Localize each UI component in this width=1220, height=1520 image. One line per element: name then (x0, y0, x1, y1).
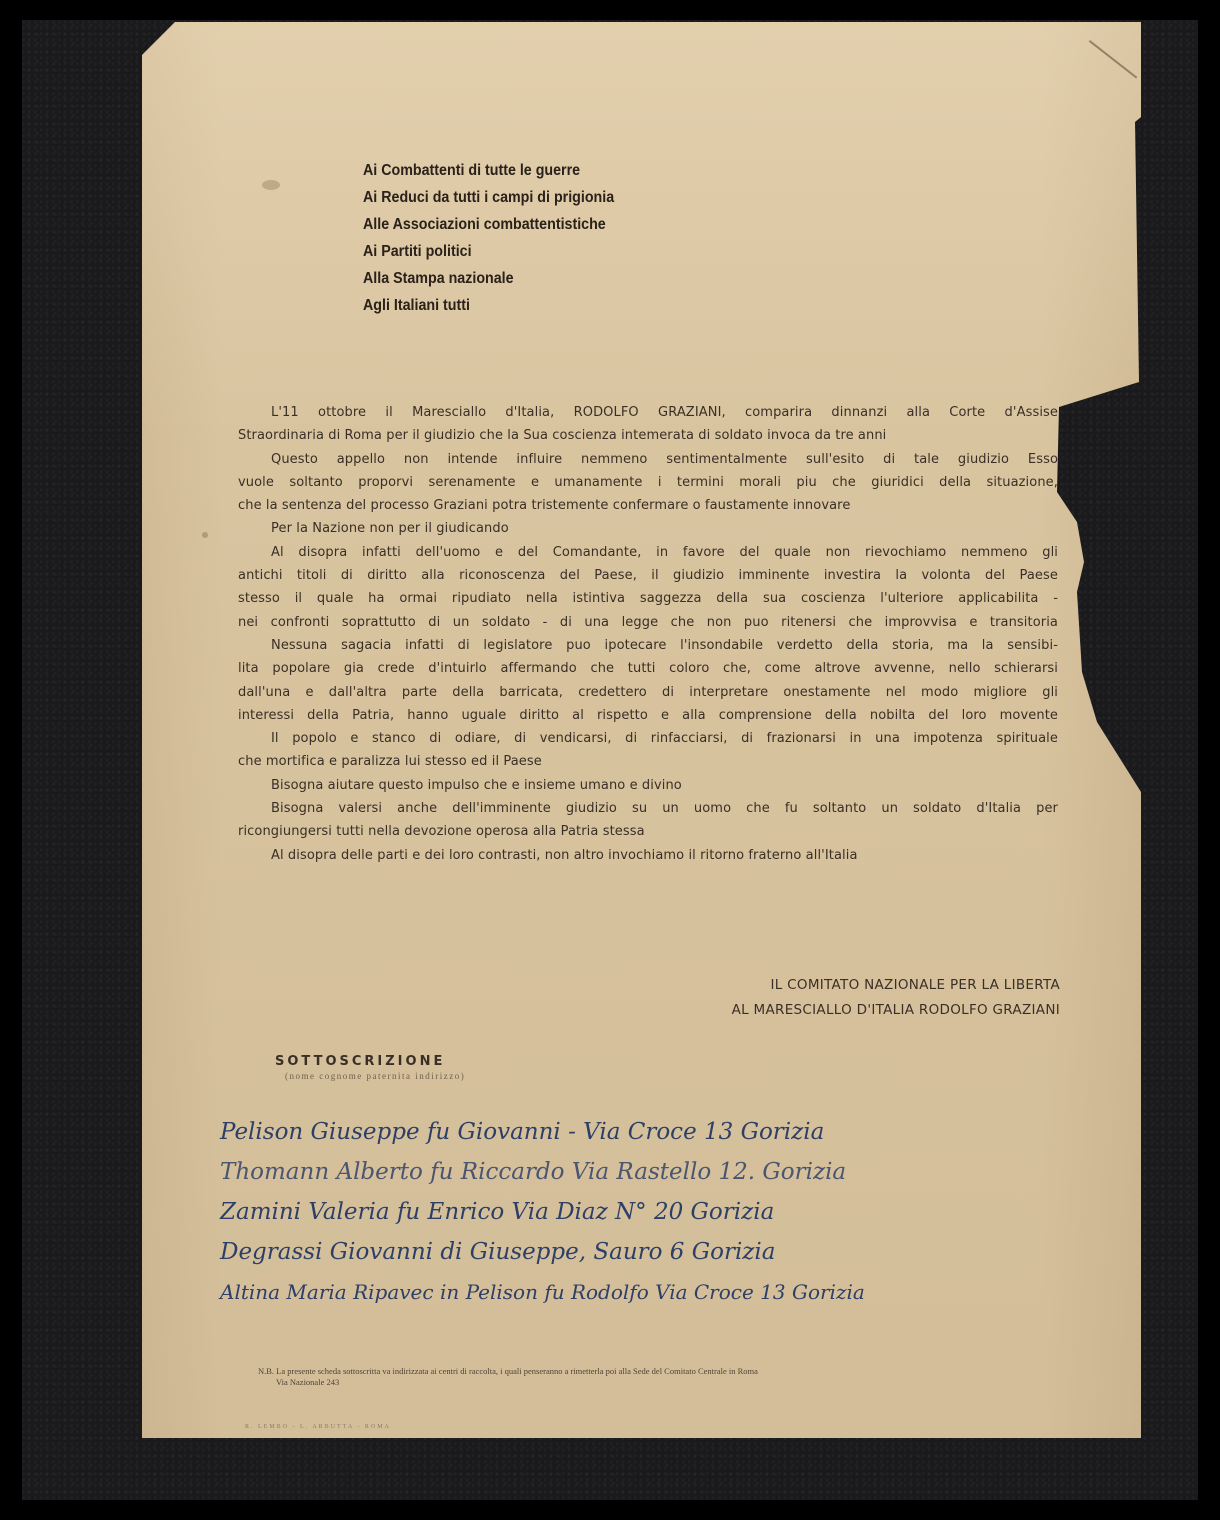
printer-imprint: R. LEMBO - L. ARBUTTA - ROMA (245, 1424, 391, 1430)
signature-entry: Degrassi Giovanni di Giuseppe, Sauro 6 G… (220, 1232, 1160, 1272)
body-line: Straordinaria di Roma per il giudizio ch… (238, 424, 1058, 447)
recipient-line: Ai Combattenti di tutte le guerre (363, 157, 614, 184)
body-line: Al disopra delle parti e dei loro contra… (238, 844, 1058, 867)
subscription-subtitle: (nome cognome paternita indirizzo) (285, 1071, 465, 1081)
body-line: Il popolo e stanco di odiare, di vendica… (238, 727, 1058, 750)
signature-entry: Thomann Alberto fu Riccardo Via Rastello… (220, 1152, 1160, 1192)
handwritten-signatures: Pelison Giuseppe fu Giovanni - Via Croce… (220, 1112, 1160, 1312)
committee-signature: IL COMITATO NAZIONALE PER LA LIBERTA AL … (660, 973, 1060, 1023)
body-line: dall'una e dall'altra parte della barric… (238, 681, 1058, 704)
signature-line-2: AL MARESCIALLO D'ITALIA RODOLFO GRAZIANI (660, 998, 1060, 1023)
body-line: nei confronti soprattutto di un soldato … (238, 611, 1058, 634)
signature-entry: Zamini Valeria fu Enrico Via Diaz N° 20 … (220, 1192, 1160, 1232)
subscription-title: SOTTOSCRIZIONE (275, 1054, 445, 1069)
recipient-line: Ai Partiti politici (363, 238, 614, 265)
recipients-list: Ai Combattenti di tutte le guerre Ai Red… (363, 157, 614, 319)
footnote-line-1: N.B. La presente scheda sottoscritta va … (258, 1366, 1068, 1377)
body-line: Al disopra infatti dell'uomo e del Coman… (238, 541, 1058, 564)
body-line: che la sentenza del processo Graziani po… (238, 494, 1058, 517)
body-line: Nessuna sagacia infatti di legislatore p… (238, 634, 1058, 657)
footnote: N.B. La presente scheda sottoscritta va … (258, 1366, 1068, 1388)
body-line: vuole soltanto proporvi serenamente e um… (238, 471, 1058, 494)
recipient-line: Ai Reduci da tutti i campi di prigionia (363, 184, 614, 211)
body-line: ricongiungersi tutti nella devozione ope… (238, 820, 1058, 843)
body-line: Bisogna valersi anche dell'imminente giu… (238, 797, 1058, 820)
body-line: stesso il quale ha ormai ripudiato nella… (238, 587, 1058, 610)
recipient-line: Agli Italiani tutti (363, 292, 614, 319)
paper-stain (202, 532, 208, 538)
paper-stain (262, 180, 280, 190)
signature-line-1: IL COMITATO NAZIONALE PER LA LIBERTA (660, 973, 1060, 998)
footnote-address: Via Nazionale 243 (258, 1377, 1068, 1388)
recipient-line: Alle Associazioni combattentistiche (363, 211, 614, 238)
body-line: Bisogna aiutare questo impulso che e ins… (238, 774, 1058, 797)
body-line: interessi della Patria, hanno uguale dir… (238, 704, 1058, 727)
body-line: Questo appello non intende influire nemm… (238, 448, 1058, 471)
body-line: lita popolare gia crede d'intuirlo affer… (238, 657, 1058, 680)
signature-entry: Pelison Giuseppe fu Giovanni - Via Croce… (220, 1112, 1160, 1152)
body-line: L'11 ottobre il Maresciallo d'Italia, RO… (238, 401, 1058, 424)
recipient-line: Alla Stampa nazionale (363, 265, 614, 292)
signature-entry: Altina Maria Ripavec in Pelison fu Rodol… (220, 1272, 1160, 1312)
body-line: che mortifica e paralizza lui stesso ed … (238, 750, 1058, 773)
body-line: Per la Nazione non per il giudicando (238, 517, 1058, 540)
body-line: antichi titoli di diritto alla riconosce… (238, 564, 1058, 587)
appeal-body: L'11 ottobre il Maresciallo d'Italia, RO… (238, 401, 1058, 867)
